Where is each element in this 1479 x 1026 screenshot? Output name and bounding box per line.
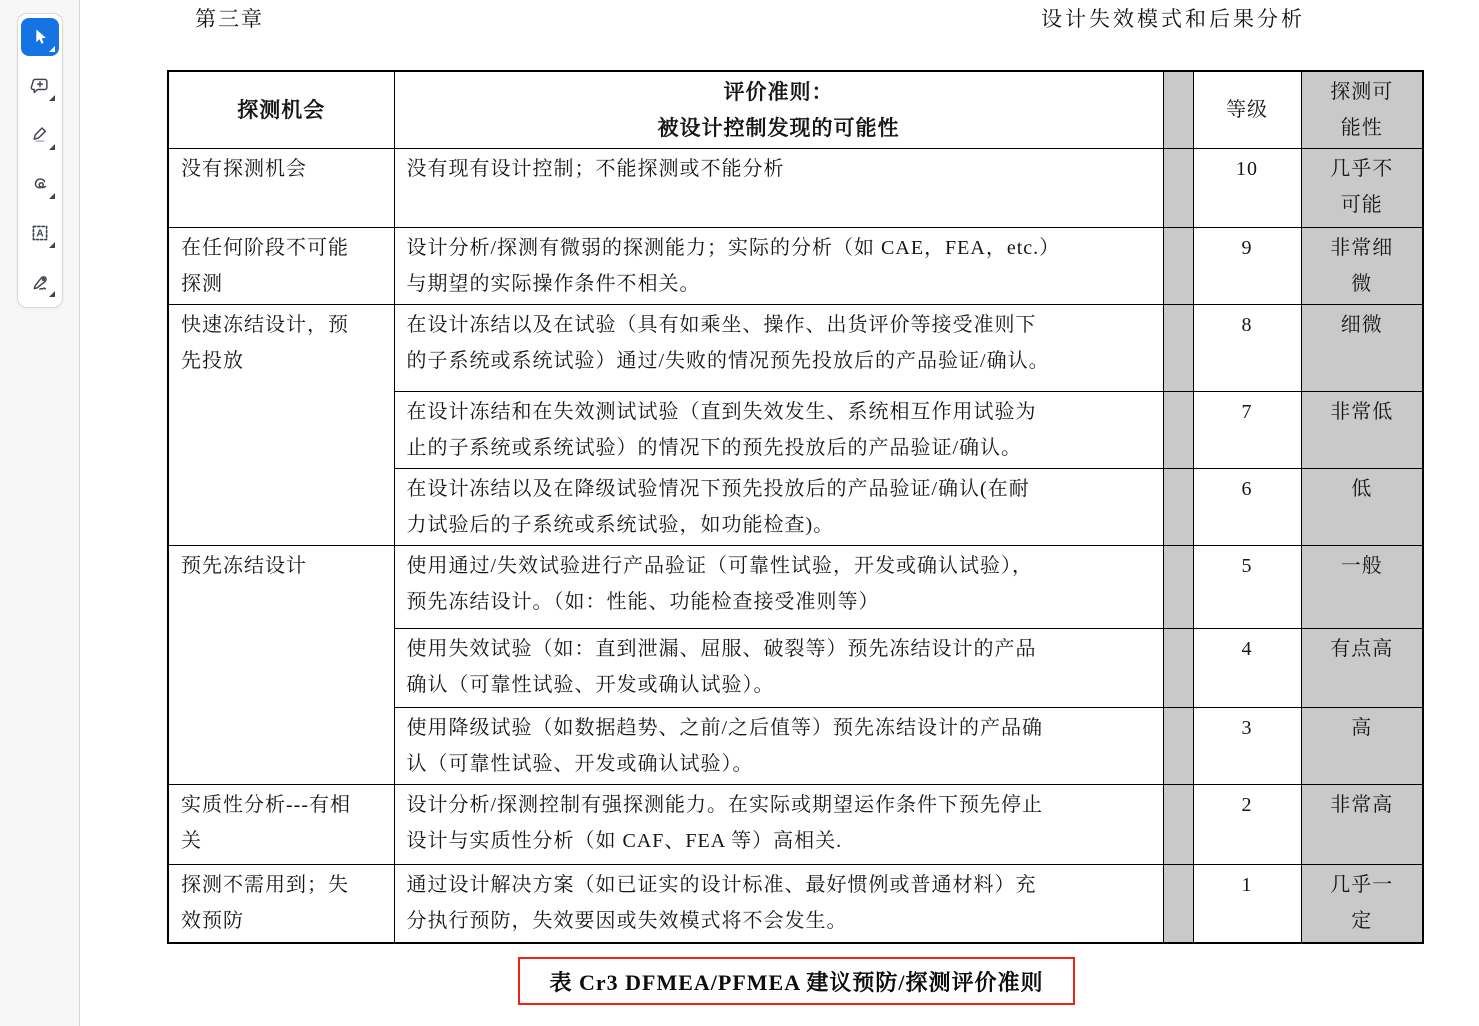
table-caption-red-box: 表 Cr3 DFMEA/PFMEA 建议预防/探测评价准则 xyxy=(518,957,1075,1005)
col-header-criteria: 评价准则： 被设计控制发现的可能性 xyxy=(394,71,1163,149)
criteria-cell: 设计分析/探测有微弱的探测能力；实际的分析（如 CAE，FEA，etc.） 与期… xyxy=(394,228,1163,305)
criteria-cell: 使用失效试验（如：直到泄漏、屈服、破裂等）预先冻结设计的产品 确认（可靠性试验、… xyxy=(394,629,1163,708)
rank-cell: 8 xyxy=(1193,305,1301,392)
spacer-cell xyxy=(1163,546,1193,629)
criteria-cell: 使用通过/失效试验进行产品验证（可靠性试验，开发或确认试验）， 预先冻结设计。（… xyxy=(394,546,1163,629)
likelihood-cell: 几乎一 定 xyxy=(1301,865,1423,943)
add-comment-tool-button[interactable] xyxy=(21,67,59,105)
table-row: 快速冻结设计，预 先投放 在设计冻结以及在试验（具有如乘坐、操作、出货评价等接受… xyxy=(168,305,1423,392)
rank-cell: 9 xyxy=(1193,228,1301,305)
col-header-rank: 等级 xyxy=(1193,71,1301,149)
spacer-cell xyxy=(1163,305,1193,392)
text-box-icon: A xyxy=(29,222,51,244)
rank-cell: 6 xyxy=(1193,469,1301,546)
chapter-heading: 第三章 xyxy=(195,3,264,33)
col-header-opportunity: 探测机会 xyxy=(168,71,394,149)
criteria-cell: 没有现有设计控制；不能探测或不能分析 xyxy=(394,149,1163,228)
likelihood-cell: 一般 xyxy=(1301,546,1423,629)
highlight-tool-button[interactable] xyxy=(21,116,59,154)
annotation-toolbar: A xyxy=(17,13,63,308)
criteria-cell: 在设计冻结以及在降级试验情况下预先投放后的产品验证/确认(在耐 力试验后的子系统… xyxy=(394,469,1163,546)
rank-cell: 7 xyxy=(1193,392,1301,469)
col-header-spacer xyxy=(1163,71,1193,149)
spacer-cell xyxy=(1163,392,1193,469)
rank-cell: 4 xyxy=(1193,629,1301,708)
spacer-cell xyxy=(1163,228,1193,305)
opportunity-cell: 快速冻结设计，预 先投放 xyxy=(168,305,394,546)
table-header-row: 探测机会 评价准则： 被设计控制发现的可能性 等级 探测可 能性 xyxy=(168,71,1423,149)
detection-criteria-table: 探测机会 评价准则： 被设计控制发现的可能性 等级 探测可 能性 没有探测机会 … xyxy=(167,70,1424,944)
table-row: 没有探测机会 没有现有设计控制；不能探测或不能分析 10 几乎不 可能 xyxy=(168,149,1423,228)
likelihood-cell: 几乎不 可能 xyxy=(1301,149,1423,228)
spacer-cell xyxy=(1163,629,1193,708)
text-box-tool-button[interactable]: A xyxy=(21,214,59,252)
spacer-cell xyxy=(1163,149,1193,228)
likelihood-cell: 非常细 微 xyxy=(1301,228,1423,305)
criteria-cell: 在设计冻结以及在试验（具有如乘坐、操作、出货评价等接受准则下 的子系统或系统试验… xyxy=(394,305,1163,392)
criteria-cell: 使用降级试验（如数据趋势、之前/之后值等）预先冻结设计的产品确 认（可靠性试验、… xyxy=(394,708,1163,785)
rank-cell: 1 xyxy=(1193,865,1301,943)
likelihood-cell: 有点高 xyxy=(1301,629,1423,708)
svg-text:A: A xyxy=(36,229,44,240)
likelihood-cell: 细微 xyxy=(1301,305,1423,392)
col-header-likelihood: 探测可 能性 xyxy=(1301,71,1423,149)
document-title: 设计失效模式和后果分析 xyxy=(1041,3,1305,33)
likelihood-cell: 非常高 xyxy=(1301,785,1423,865)
opportunity-cell: 在任何阶段不可能 探测 xyxy=(168,228,394,305)
likelihood-cell: 低 xyxy=(1301,469,1423,546)
table-row: 在任何阶段不可能 探测 设计分析/探测有微弱的探测能力；实际的分析（如 CAE，… xyxy=(168,228,1423,305)
criteria-cell: 在设计冻结和在失效测试试验（直到失效发生、系统相互作用试验为 止的子系统或系统试… xyxy=(394,392,1163,469)
rank-cell: 5 xyxy=(1193,546,1301,629)
document-page: 第三章 设计失效模式和后果分析 探测机会 评价准则： 被设计控制发现的可能性 等… xyxy=(80,0,1479,1026)
highlighter-pen-icon xyxy=(29,124,51,146)
left-rail: A xyxy=(0,0,80,1026)
opportunity-cell: 探测不需用到；失 效预防 xyxy=(168,865,394,943)
rank-cell: 2 xyxy=(1193,785,1301,865)
table-row: 预先冻结设计 使用通过/失效试验进行产品验证（可靠性试验，开发或确认试验）， 预… xyxy=(168,546,1423,629)
spacer-cell xyxy=(1163,785,1193,865)
opportunity-cell: 预先冻结设计 xyxy=(168,546,394,785)
select-tool-button[interactable] xyxy=(21,18,59,56)
rank-cell: 3 xyxy=(1193,708,1301,785)
likelihood-cell: 高 xyxy=(1301,708,1423,785)
opportunity-cell: 没有探测机会 xyxy=(168,149,394,228)
criteria-cell: 设计分析/探测控制有强探测能力。在实际或期望运作条件下预先停止 设计与实质性分析… xyxy=(394,785,1163,865)
cursor-arrow-icon xyxy=(29,26,51,48)
freehand-draw-icon xyxy=(29,173,51,195)
spacer-cell xyxy=(1163,865,1193,943)
draw-tool-button[interactable] xyxy=(21,165,59,203)
table-row: 探测不需用到；失 效预防 通过设计解决方案（如已证实的设计标准、最好惯例或普通材… xyxy=(168,865,1423,943)
fill-sign-tool-button[interactable] xyxy=(21,263,59,301)
opportunity-cell: 实质性分析---有相 关 xyxy=(168,785,394,865)
spacer-cell xyxy=(1163,469,1193,546)
criteria-cell: 通过设计解决方案（如已证实的设计标准、最好惯例或普通材料）充 分执行预防，失效要… xyxy=(394,865,1163,943)
table-caption-text: 表 Cr3 DFMEA/PFMEA 建议预防/探测评价准则 xyxy=(549,966,1043,997)
rank-cell: 10 xyxy=(1193,149,1301,228)
signature-pen-icon xyxy=(29,271,51,293)
likelihood-cell: 非常低 xyxy=(1301,392,1423,469)
table-row: 实质性分析---有相 关 设计分析/探测控制有强探测能力。在实际或期望运作条件下… xyxy=(168,785,1423,865)
add-comment-icon xyxy=(29,75,51,97)
spacer-cell xyxy=(1163,708,1193,785)
